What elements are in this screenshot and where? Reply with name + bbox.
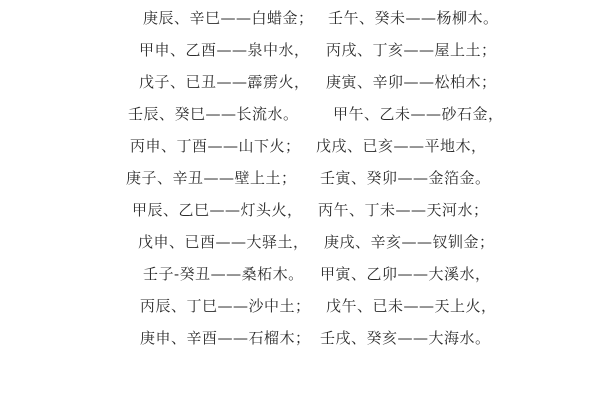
entry-left-5: 丙申、丁酉——山下火； bbox=[130, 134, 301, 158]
entry-right-4: 甲午、乙未——砂石金， bbox=[333, 102, 504, 126]
entry-left-7: 甲辰、乙巳——灯头火， bbox=[132, 198, 303, 222]
entry-left-8: 戊申、已酉——大驿土， bbox=[138, 230, 309, 254]
entry-left-6: 庚子、辛丑——壁上土； bbox=[126, 166, 297, 190]
entry-left-1: 庚辰、辛巳——白蜡金； bbox=[143, 6, 314, 30]
entry-right-11: 壬戌、癸亥——大海水。 bbox=[320, 326, 491, 350]
entry-left-10: 丙辰、丁巳——沙中土； bbox=[140, 294, 311, 318]
entry-right-2: 丙戌、丁亥——屋上土； bbox=[326, 38, 497, 62]
document-page: 庚辰、辛巳——白蜡金； 壬午、癸未——杨柳木。 甲申、乙酉——泉中水， 丙戌、丁… bbox=[0, 0, 600, 400]
entry-right-6: 壬寅、癸卯——金箔金。 bbox=[320, 166, 491, 190]
entry-right-3: 庚寅、辛卯——松柏木； bbox=[326, 70, 497, 94]
entry-right-8: 庚戌、辛亥——钗钏金； bbox=[324, 230, 495, 254]
entry-left-11: 庚申、辛酉——石榴木； bbox=[140, 326, 311, 350]
entry-right-7: 丙午、丁未——天河水； bbox=[318, 198, 489, 222]
entry-left-4: 壬辰、癸巳——长流水。 bbox=[128, 102, 299, 126]
entry-left-2: 甲申、乙酉——泉中水， bbox=[139, 38, 310, 62]
entry-right-1: 壬午、癸未——杨柳木。 bbox=[328, 6, 499, 30]
entry-left-9: 壬子-癸丑——桑柘木。 bbox=[143, 262, 304, 286]
entry-right-10: 戊午、已未——天上火， bbox=[326, 294, 497, 318]
entry-left-3: 戊子、已丑——霹雳火， bbox=[139, 70, 310, 94]
entry-right-5: 戊戌、已亥——平地木， bbox=[316, 134, 487, 158]
entry-right-9: 甲寅、乙卯——大溪水， bbox=[320, 262, 491, 286]
